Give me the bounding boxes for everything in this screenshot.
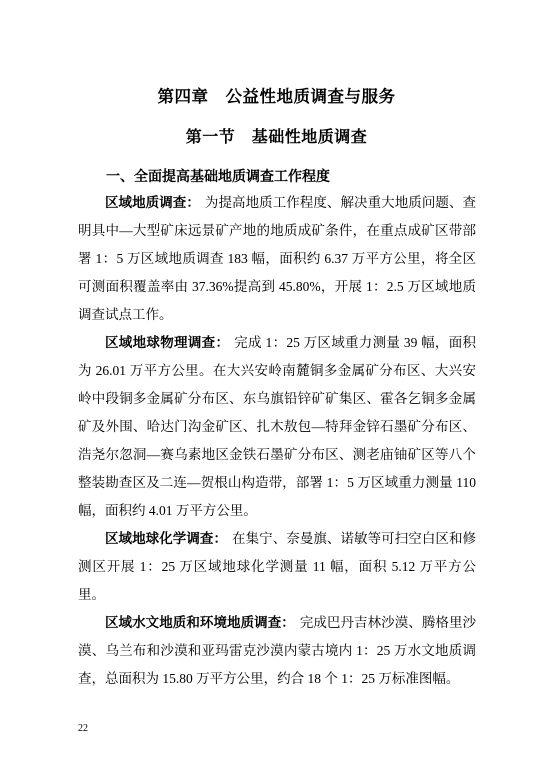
- body-text: 区域地质调查：为提高地质工作程度、解决重大地质问题、查明具中—大型矿床远景矿产地…: [78, 189, 476, 693]
- paragraph-lead: 区域地球物理调查：: [105, 335, 234, 350]
- paragraph: 区域地质调查：为提高地质工作程度、解决重大地质问题、查明具中—大型矿床远景矿产地…: [78, 189, 476, 329]
- section-title: 第一节 基础性地质调查: [0, 124, 553, 147]
- chapter-title: 第四章 公益性地质调查与服务: [0, 83, 553, 107]
- paragraph-text: 为提高地质工作程度、解决重大地质问题、查明具中—大型矿床远景矿产地的地质成矿条件…: [78, 195, 476, 322]
- page-number: 22: [78, 723, 88, 734]
- paragraph-text: 完成 1：25 万区域重力测量 39 幅，面积为 26.01 万平方公里。在大兴…: [78, 335, 476, 518]
- sub-heading: 一、全面提高基础地质调查工作程度: [78, 166, 476, 186]
- paragraph-lead: 区域地球化学调查：: [105, 531, 232, 546]
- paragraph-lead: 区域地质调查：: [105, 195, 205, 210]
- paragraph: 区域水文地质和环境地质调查：完成巴丹吉林沙漠、腾格里沙漠、乌兰布和沙漠和亚玛雷克…: [78, 609, 476, 693]
- paragraph: 区域地球化学调查：在集宁、奈曼旗、诺敏等可扫空白区和修测区开展 1：25 万区域…: [78, 525, 476, 609]
- paragraph: 区域地球物理调查：完成 1：25 万区域重力测量 39 幅，面积为 26.01 …: [78, 329, 476, 525]
- paragraph-lead: 区域水文地质和环境地质调查：: [105, 615, 300, 630]
- document-page: 第四章 公益性地质调查与服务 第一节 基础性地质调查 一、全面提高基础地质调查工…: [0, 0, 553, 781]
